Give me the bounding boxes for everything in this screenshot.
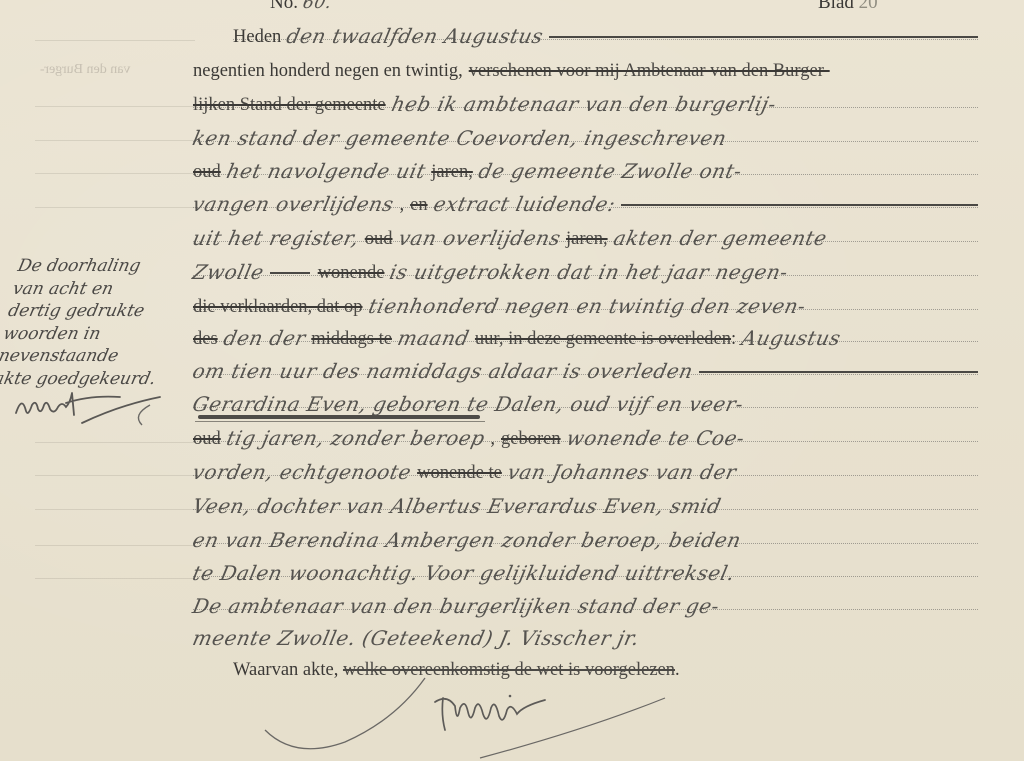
struck-printed-text: geboren	[501, 430, 567, 449]
page-value: 20	[859, 0, 878, 13]
printed-text: ,	[490, 430, 501, 449]
handwritten-text: is uitgetrokken dat in het jaar negen-	[388, 262, 796, 282]
printed-text: ,	[400, 196, 411, 215]
fill-rule	[699, 371, 978, 373]
handwritten-text: meente Zwolle. (Geteekend) J. Visscher j…	[191, 628, 647, 648]
struck-printed-text: oud	[193, 163, 227, 182]
text-line-3: lijken Stand der gemeente heb ik ambtena…	[193, 84, 978, 114]
ghost-bleedthrough-text: van den Burger-	[40, 62, 130, 78]
number-value: 60.	[301, 0, 339, 12]
ghost-rule	[35, 40, 195, 41]
text-line-19: meente Zwolle. (Geteekend) J. Visscher j…	[193, 618, 978, 648]
text-line-18: De ambtenaar van den burgerlijken stand …	[193, 586, 978, 616]
handwritten-text: uit het register,	[191, 228, 367, 248]
struck-printed-text: middags te	[311, 330, 398, 349]
ghost-rule	[35, 207, 195, 208]
page-number: Blad 20	[818, 0, 878, 14]
handwritten-text: ken stand der gemeente Coevorden, ingesc…	[191, 128, 735, 148]
text-line-11: om tien uur des namiddags aldaar is over…	[193, 351, 978, 381]
handwritten-text: maand	[396, 328, 477, 348]
number-label: No.	[270, 0, 298, 13]
text-line-1: Heden den twaalfden Augustus	[233, 16, 978, 46]
margin-note-line: woorden in	[1, 323, 191, 346]
struck-printed-text: en	[410, 196, 433, 215]
text-line-2: negentien honderd negen en twintig, vers…	[193, 50, 968, 80]
ghost-rule	[35, 578, 195, 579]
handwritten-text: heb ik ambtenaar van den burgerlij-	[390, 94, 784, 114]
handwritten-text: van overlijdens	[396, 228, 568, 248]
text-line-12: Gerardina Even, geboren te Dalen, oud vi…	[193, 384, 978, 414]
handwritten-text: om tien uur des namiddags aldaar is over…	[191, 361, 701, 381]
struck-printed-text: wonende te	[417, 464, 508, 483]
text-line-7: uit het register, oud van overlijdens ja…	[193, 218, 978, 248]
page-label: Blad	[818, 0, 854, 13]
struck-printed-text: des	[193, 330, 224, 349]
handwritten-text: den twaalfden Augustus	[285, 26, 551, 46]
struck-printed-text: uur, in deze gemeente is overleden	[475, 330, 731, 349]
handwritten-text: wonende te Coe-	[564, 428, 752, 448]
ghost-rule	[35, 442, 195, 443]
text-line-13: oud tig jaren, zonder beroep , geboren w…	[193, 418, 978, 448]
struck-printed-text: lijken Stand der gemeente	[193, 96, 392, 115]
handwritten-text: akten der gemeente	[611, 228, 834, 248]
handwritten-text: tig jaren, zonder beroep	[225, 428, 493, 448]
official-signature-icon	[255, 670, 735, 761]
text-line-17: te Dalen woonachtig. Voor gelijkluidend …	[193, 553, 978, 583]
fill-rule	[549, 36, 978, 38]
struck-printed-text: wonende	[318, 264, 391, 283]
ghost-rule	[35, 545, 195, 546]
text-line-5: oud het navolgende uit jaren, de gemeent…	[193, 151, 978, 181]
handwritten-text: van Johannes van der	[506, 462, 744, 482]
ghost-rule	[35, 173, 195, 174]
printed-text: negentien honderd negen en twintig,	[193, 62, 469, 81]
certificate-number: No. 60.	[270, 0, 337, 14]
handwritten-text: den der	[222, 328, 314, 348]
text-line-4: ken stand der gemeente Coevorden, ingesc…	[193, 118, 978, 148]
margin-note-line: van acht en	[11, 278, 201, 301]
handwritten-text: Gerardina Even, geboren te Dalen, oud vi…	[191, 394, 752, 414]
text-line-15: Veen, dochter van Albertus Everardus Eve…	[193, 486, 978, 516]
struck-printed-text: verschenen voor mij Ambtenaar van den Bu…	[469, 62, 836, 81]
text-line-16: en van Berendina Ambergen zonder beroep,…	[193, 520, 978, 550]
handwritten-text: tienhonderd negen en twintig den zeven-	[366, 296, 813, 316]
text-line-9: die verklaarden, dat op tienhonderd nege…	[193, 286, 978, 316]
handwritten-text: en van Berendina Ambergen zonder beroep,…	[191, 530, 749, 550]
struck-printed-text: oud	[365, 230, 399, 249]
ghost-rule	[35, 509, 195, 510]
struck-printed-text: oud	[193, 430, 227, 449]
margin-note-line: De doorhaling	[16, 255, 206, 278]
handwritten-text: Augustus	[740, 328, 849, 348]
text-line-10: des den der middags te maand uur, in dez…	[193, 318, 978, 348]
handwritten-text: vorden, echtgenoote	[191, 462, 419, 482]
handwritten-text: De ambtenaar van den burgerlijken stand …	[191, 596, 727, 616]
handwritten-text: vangen overlijdens	[191, 194, 402, 214]
handwritten-text: te Dalen woonachtig. Voor gelijkluidend …	[191, 563, 743, 583]
closing-sentence: Waarvan akte, welke overeenkomstig de we…	[233, 660, 680, 681]
document-page: van den Burger- No. 60. Blad 20 Heden de…	[0, 0, 1024, 761]
ghost-rule	[35, 140, 195, 141]
handwritten-text: het navolgende uit	[225, 161, 434, 181]
fill-rule	[270, 272, 310, 274]
margin-note-line: dertig gedrukte	[6, 300, 196, 323]
fill-rule	[621, 204, 978, 206]
margin-note-line: akte goedgekeurd.	[0, 368, 181, 391]
text-line-14: vorden, echtgenoote wonende te van Johan…	[193, 452, 978, 482]
handwritten-text: extract luidende:	[431, 194, 623, 214]
handwritten-text: Zwolle	[191, 262, 272, 282]
ghost-rule	[35, 475, 195, 476]
handwritten-text: Veen, dochter van Albertus Everardus Eve…	[191, 496, 729, 516]
closing-lead: Waarvan akte,	[233, 660, 338, 680]
struck-printed-text: jaren,	[431, 163, 479, 182]
text-line-8: Zwolle wonende is uitgetrokken dat in he…	[193, 252, 978, 282]
ghost-rule	[35, 106, 195, 107]
handwritten-text: de gemeente Zwolle ont-	[477, 161, 750, 181]
margin-note-line: nevenstaande	[0, 345, 186, 368]
struck-closing-text: welke overeenkomstig de wet is voorgelez…	[343, 660, 675, 680]
text-line-6: vangen overlijdens , en extract luidende…	[193, 184, 978, 214]
struck-printed-text: jaren,	[566, 230, 614, 249]
closing-period: .	[675, 660, 680, 680]
margin-approval-note: De doorhaling van acht en dertig gedrukt…	[0, 255, 205, 390]
struck-printed-text: die verklaarden, dat op	[193, 298, 369, 317]
margin-signature-icon	[10, 385, 185, 435]
printed-text: Heden	[233, 28, 287, 47]
